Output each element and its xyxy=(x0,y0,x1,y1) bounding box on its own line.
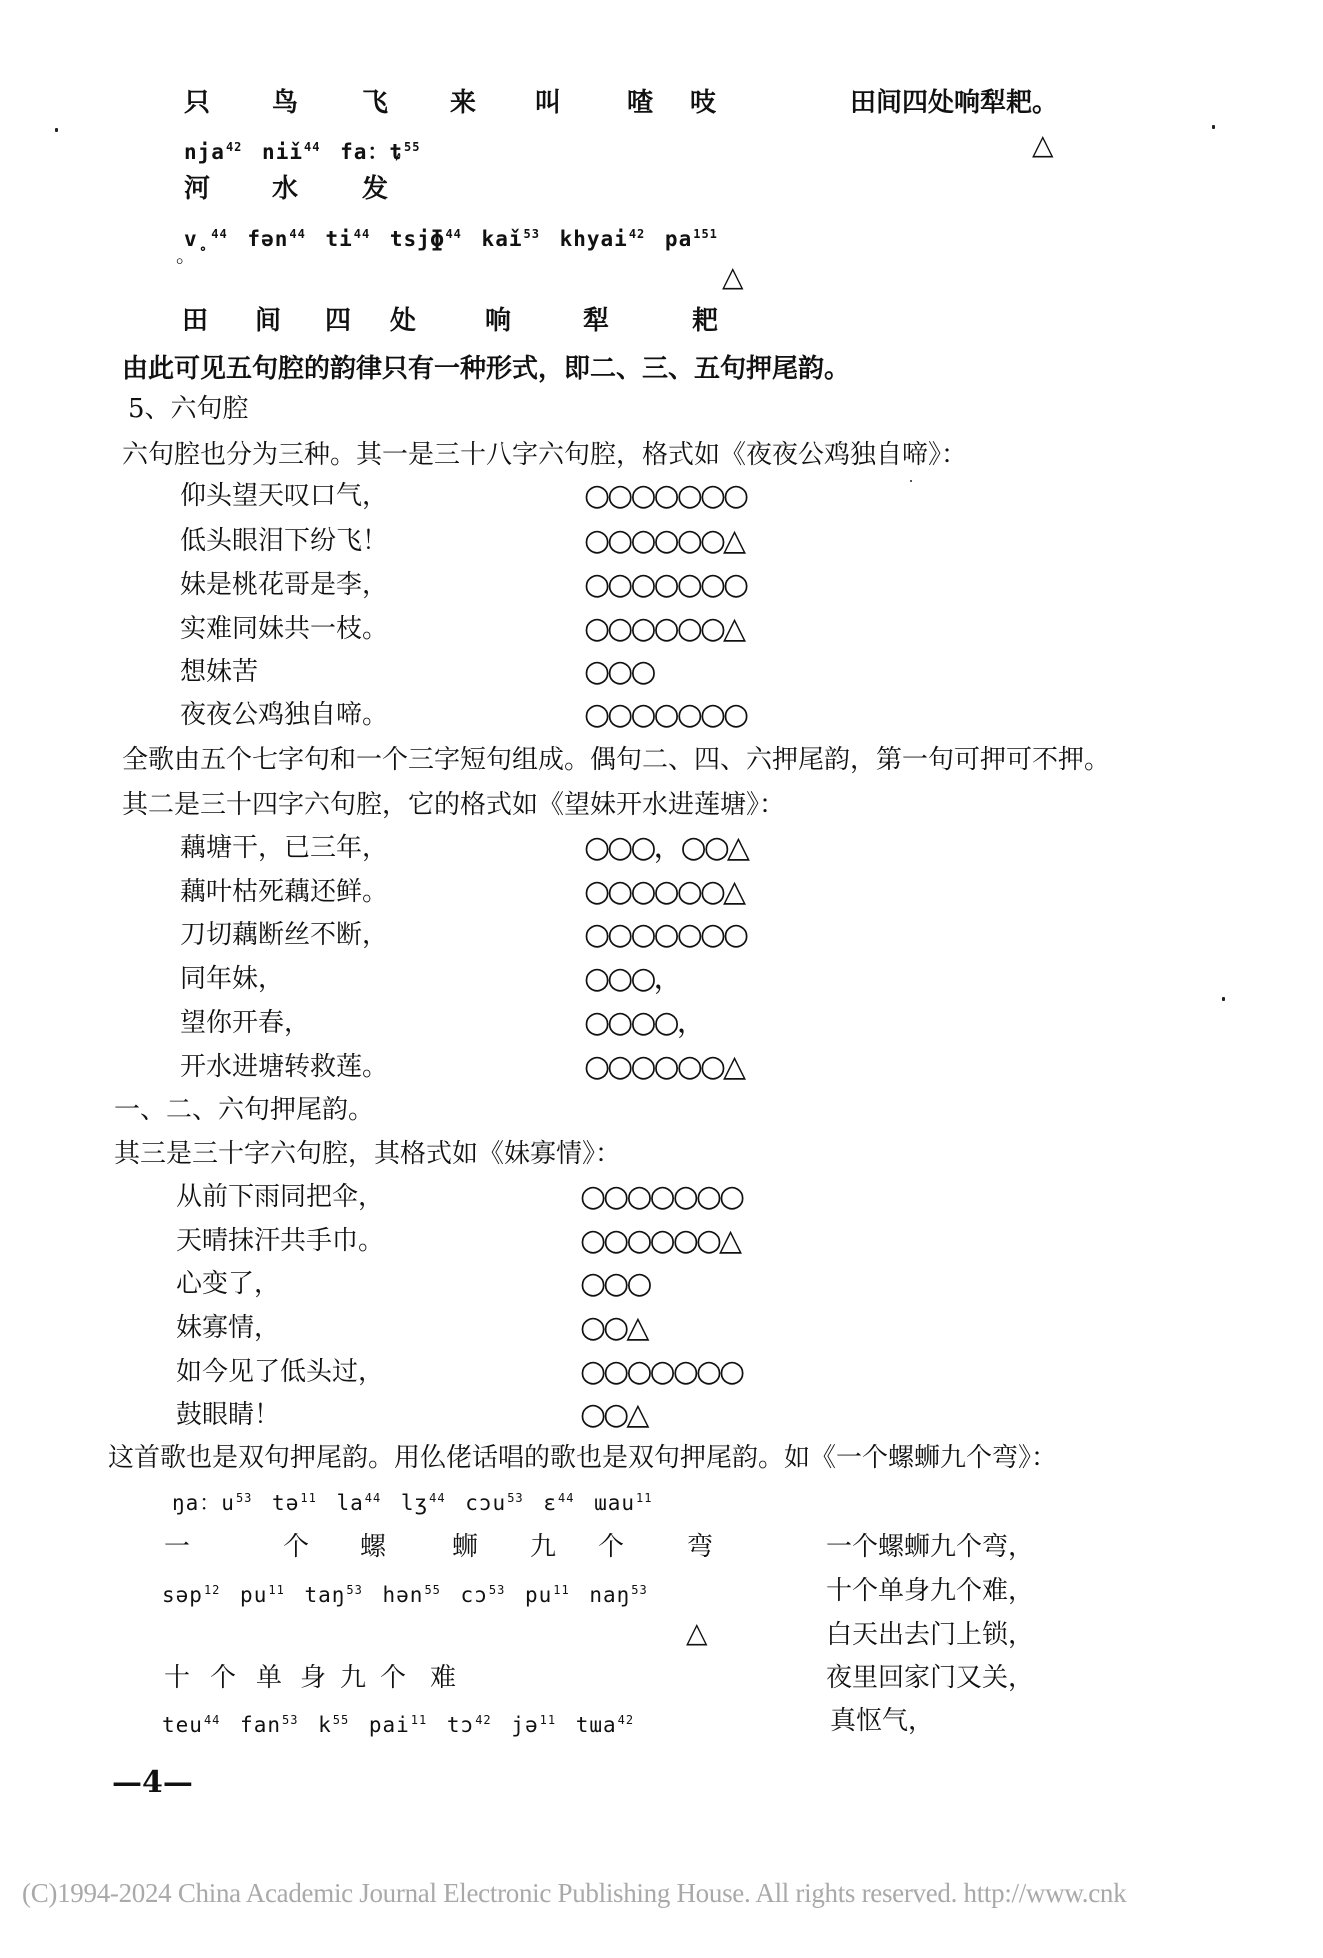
hanzi-char: 响 xyxy=(485,306,511,336)
lyric-line: 刀切藕断丝不断， xyxy=(180,920,388,950)
ipa-syllable: nja42 xyxy=(184,140,248,164)
ipa-syllable: jə11 xyxy=(511,1713,562,1737)
ipa-syllable: ɛ44 xyxy=(543,1491,580,1515)
ipa-syllable: pu11 xyxy=(525,1583,576,1607)
ipa-syllable: pai11 xyxy=(369,1713,433,1737)
lyric-line: 藕叶枯死藕还鲜。 xyxy=(180,877,388,907)
rhyme-pattern: ○○○○○○△ xyxy=(584,1052,743,1082)
paragraph-song1-analysis: 全歌由五个七字句和一个三字短句组成。偶句二、四、六押尾韵，第一句可押可不押。 xyxy=(122,745,1110,775)
lyric-line: 想妹苦 xyxy=(180,657,258,687)
lyric-line: 仰头望天叹口气， xyxy=(180,481,388,511)
copyright-notice: (C)1994-2024 China Academic Journal Elec… xyxy=(22,1878,1126,1909)
ipa-syllable: fa：ȶ55 xyxy=(340,140,426,164)
ipa-row-1: ŋa：u53 tə11 la44 lʒ44 cɔu53 ɛ44 ɯau11 xyxy=(172,1484,658,1517)
hanzi-char: 田 xyxy=(182,306,208,336)
rhyme-pattern: ○○○○○○○ xyxy=(584,570,746,600)
ipa-syllable: k55 xyxy=(318,1713,355,1737)
hanzi-char: 蛳 xyxy=(452,1532,478,1562)
lyric-line: 如今见了低头过， xyxy=(176,1357,384,1387)
hanzi-char: 叫 xyxy=(535,88,561,118)
hanzi-char: 十 xyxy=(164,1663,190,1693)
rhyme-pattern: ○○○○○○○ xyxy=(584,920,746,950)
hanzi-char: 处 xyxy=(390,306,416,336)
lyric-line: 藕塘干，已三年， xyxy=(180,833,388,863)
ipa-row-1: nja42 niǐ44 fa：ȶ55 xyxy=(184,133,426,166)
hanzi-char: 个 xyxy=(283,1532,309,1562)
paragraph-intro-type3: 其三是三十字六句腔，其格式如《妹寡情》： xyxy=(114,1139,621,1169)
rhyme-pattern: ○○○， xyxy=(584,964,681,994)
hanzi-char: 难 xyxy=(430,1663,456,1693)
lyric-line: 低头眼泪下纷飞！ xyxy=(180,526,388,556)
hanzi-char: 吱 xyxy=(690,88,716,118)
translation-line: 真怄气， xyxy=(830,1706,934,1736)
rhyme-pattern: ○○○○○○○ xyxy=(580,1182,742,1212)
hanzi-char: 个 xyxy=(598,1532,624,1562)
scan-speck xyxy=(55,128,58,132)
rhyme-pattern: ○○○ xyxy=(584,657,654,687)
lyric-line: 妹是桃花哥是李， xyxy=(180,570,388,600)
scan-speck xyxy=(1212,125,1215,129)
ipa-syllable: səp12 xyxy=(162,1583,226,1607)
translation-line: 白天出去门上锁， xyxy=(826,1620,1034,1650)
rhyme-triangle-icon: △ xyxy=(686,1618,708,1648)
hanzi-char: 弯 xyxy=(687,1532,713,1562)
paragraph-song3-analysis: 这首歌也是双句押尾韵。用仫佬话唱的歌也是双句押尾韵。如《一个螺蛳九个弯》： xyxy=(108,1443,1057,1473)
ipa-syllable: fan53 xyxy=(240,1713,304,1737)
hanzi-char: 发 xyxy=(362,174,388,204)
paragraph-intro-type2: 其二是三十四字六句腔，它的格式如《望妹开水进莲塘》： xyxy=(122,790,785,820)
rhyme-triangle-icon: △ xyxy=(722,262,744,292)
lyric-line: 妹寡情， xyxy=(176,1313,280,1343)
ipa-syllable: tɯa42 xyxy=(576,1713,640,1737)
translation-line: 夜里回家门又关， xyxy=(826,1663,1034,1693)
ipa-syllable: niǐ44 xyxy=(262,140,326,164)
translation-line: 田间四处响犁耙。 xyxy=(850,88,1058,118)
hanzi-char: 一 xyxy=(164,1532,190,1562)
ipa-syllable: tə11 xyxy=(272,1491,323,1515)
rhyme-pattern: ○○○○○○△ xyxy=(584,614,743,644)
ipa-syllable: tsjɸ44 xyxy=(390,227,468,251)
ipa-row-2: səp12 pu11 taŋ53 hən55 cɔ53 pu11 naŋ53 xyxy=(162,1576,654,1609)
rhyme-pattern: ○○○○○○○ xyxy=(584,700,746,730)
ipa-syllable: ŋa：u53 xyxy=(172,1491,258,1515)
ipa-syllable: kaǐ53 xyxy=(482,227,546,251)
ipa-syllable: teu44 xyxy=(162,1713,226,1737)
ipa-syllable: la44 xyxy=(336,1491,387,1515)
ipa-syllable: naŋ53 xyxy=(589,1583,653,1607)
lyric-line: 同年妹， xyxy=(180,964,284,994)
hanzi-row-2: 十 个 单 身 九 个 难 xyxy=(0,1663,1323,1693)
page-number: —4— xyxy=(112,1765,193,1800)
rhyme-pattern: ○○○○○○△ xyxy=(584,526,743,556)
rhyme-pattern: ○○○○， xyxy=(584,1008,704,1038)
hanzi-char: 个 xyxy=(380,1663,406,1693)
ipa-syllable: pu11 xyxy=(240,1583,291,1607)
rhyme-pattern: ○○○○○○△ xyxy=(580,1226,739,1256)
hanzi-char: 九 xyxy=(530,1532,556,1562)
rhyme-pattern: ○○○○○○○ xyxy=(584,481,746,511)
lyric-line: 开水进塘转救莲。 xyxy=(180,1052,388,1082)
hanzi-char: 个 xyxy=(210,1663,236,1693)
scan-speck xyxy=(910,480,912,482)
hanzi-char: 耙 xyxy=(692,306,718,336)
hanzi-char: 只 xyxy=(184,88,210,118)
hanzi-row-3: 田 间 四 处 响 犁 耙 xyxy=(0,306,1323,336)
lyric-line: 从前下雨同把伞， xyxy=(176,1182,384,1212)
rhyme-pattern: ○○△ xyxy=(580,1313,646,1343)
hanzi-char: 河 xyxy=(184,174,210,204)
lyric-line: 夜夜公鸡独自啼。 xyxy=(180,700,388,730)
lyric-line: 心变了， xyxy=(176,1269,280,1299)
lyric-line: 望你开春， xyxy=(180,1008,310,1038)
rhyme-pattern: ○○○○○○△ xyxy=(584,877,743,907)
hanzi-char: 水 xyxy=(272,174,298,204)
hanzi-row-2: 河 水 发 xyxy=(0,174,1323,204)
hanzi-char: 九 xyxy=(340,1663,366,1693)
ipa-syllable: cɔu53 xyxy=(465,1491,529,1515)
ipa-syllable: lʒ44 xyxy=(401,1491,452,1515)
rhyme-pattern: ○○△ xyxy=(580,1400,646,1430)
hanzi-char: 四 xyxy=(325,306,351,336)
ipa-syllable: ti44 xyxy=(325,227,376,251)
paragraph-summary-five-line: 由此可见五句腔的韵律只有一种形式，即二、三、五句押尾韵。 xyxy=(122,354,850,384)
ipa-syllable: ɯau11 xyxy=(594,1491,658,1515)
rhyme-triangle-icon: △ xyxy=(1032,130,1054,160)
hanzi-char: 飞 xyxy=(362,88,388,118)
ipa-syllable: tɔ42 xyxy=(447,1713,498,1737)
lyric-line: 天晴抹汗共手巾。 xyxy=(176,1226,384,1256)
hanzi-row-1: 一 个 螺 蛳 九 个 弯 xyxy=(0,1532,1323,1562)
section-heading: 5、六句腔 xyxy=(128,394,249,424)
hanzi-char: 单 xyxy=(256,1663,282,1693)
lyric-line: 实难同妹共一枝。 xyxy=(180,614,388,644)
hanzi-char: 喳 xyxy=(627,88,653,118)
ipa-syllable: cɔ53 xyxy=(461,1583,512,1607)
lyric-line: 鼓眼睛！ xyxy=(176,1400,280,1430)
ipa-syllable: pa151 xyxy=(665,227,724,251)
ipa-row-3: teu44 fan53 k55 pai11 tɔ42 jə11 tɯa42 xyxy=(162,1706,640,1739)
rhyme-pattern: ○○○○○○○ xyxy=(580,1357,742,1387)
hanzi-char: 螺 xyxy=(360,1532,386,1562)
translation-line: 十个单身九个难， xyxy=(826,1576,1034,1606)
hanzi-char: 来 xyxy=(450,88,476,118)
hanzi-char: 鸟 xyxy=(272,88,298,118)
ipa-syllable: fən44 xyxy=(247,227,311,251)
hanzi-char: 间 xyxy=(255,306,281,336)
rhyme-pattern: ○○○，○○△ xyxy=(584,833,747,863)
hanzi-row-1: 只 鸟 飞 来 叫 喳 吱 田间四处响犁耙。 xyxy=(0,88,1323,118)
ipa-syllable: taŋ53 xyxy=(304,1583,368,1607)
hanzi-char: 身 xyxy=(300,1663,326,1693)
ipa-period: 。 xyxy=(176,240,196,270)
paragraph-intro-six-line: 六句腔也分为三种。其一是三十八字六句腔，格式如《夜夜公鸡独自啼》： xyxy=(122,440,967,470)
ipa-syllable: khyai42 xyxy=(560,227,652,251)
ipa-row-2: v̥44 fən44 ti44 tsjɸ44 kaǐ53 khyai42 pa1… xyxy=(184,220,724,253)
ipa-syllable: hən55 xyxy=(383,1583,447,1607)
rhyme-pattern: ○○○ xyxy=(580,1269,650,1299)
paragraph-song2-analysis: 一、二、六句押尾韵。 xyxy=(114,1095,374,1125)
scan-speck xyxy=(1222,997,1225,1001)
translation-line: 一个螺蛳九个弯， xyxy=(826,1532,1034,1562)
hanzi-char: 犁 xyxy=(583,306,609,336)
